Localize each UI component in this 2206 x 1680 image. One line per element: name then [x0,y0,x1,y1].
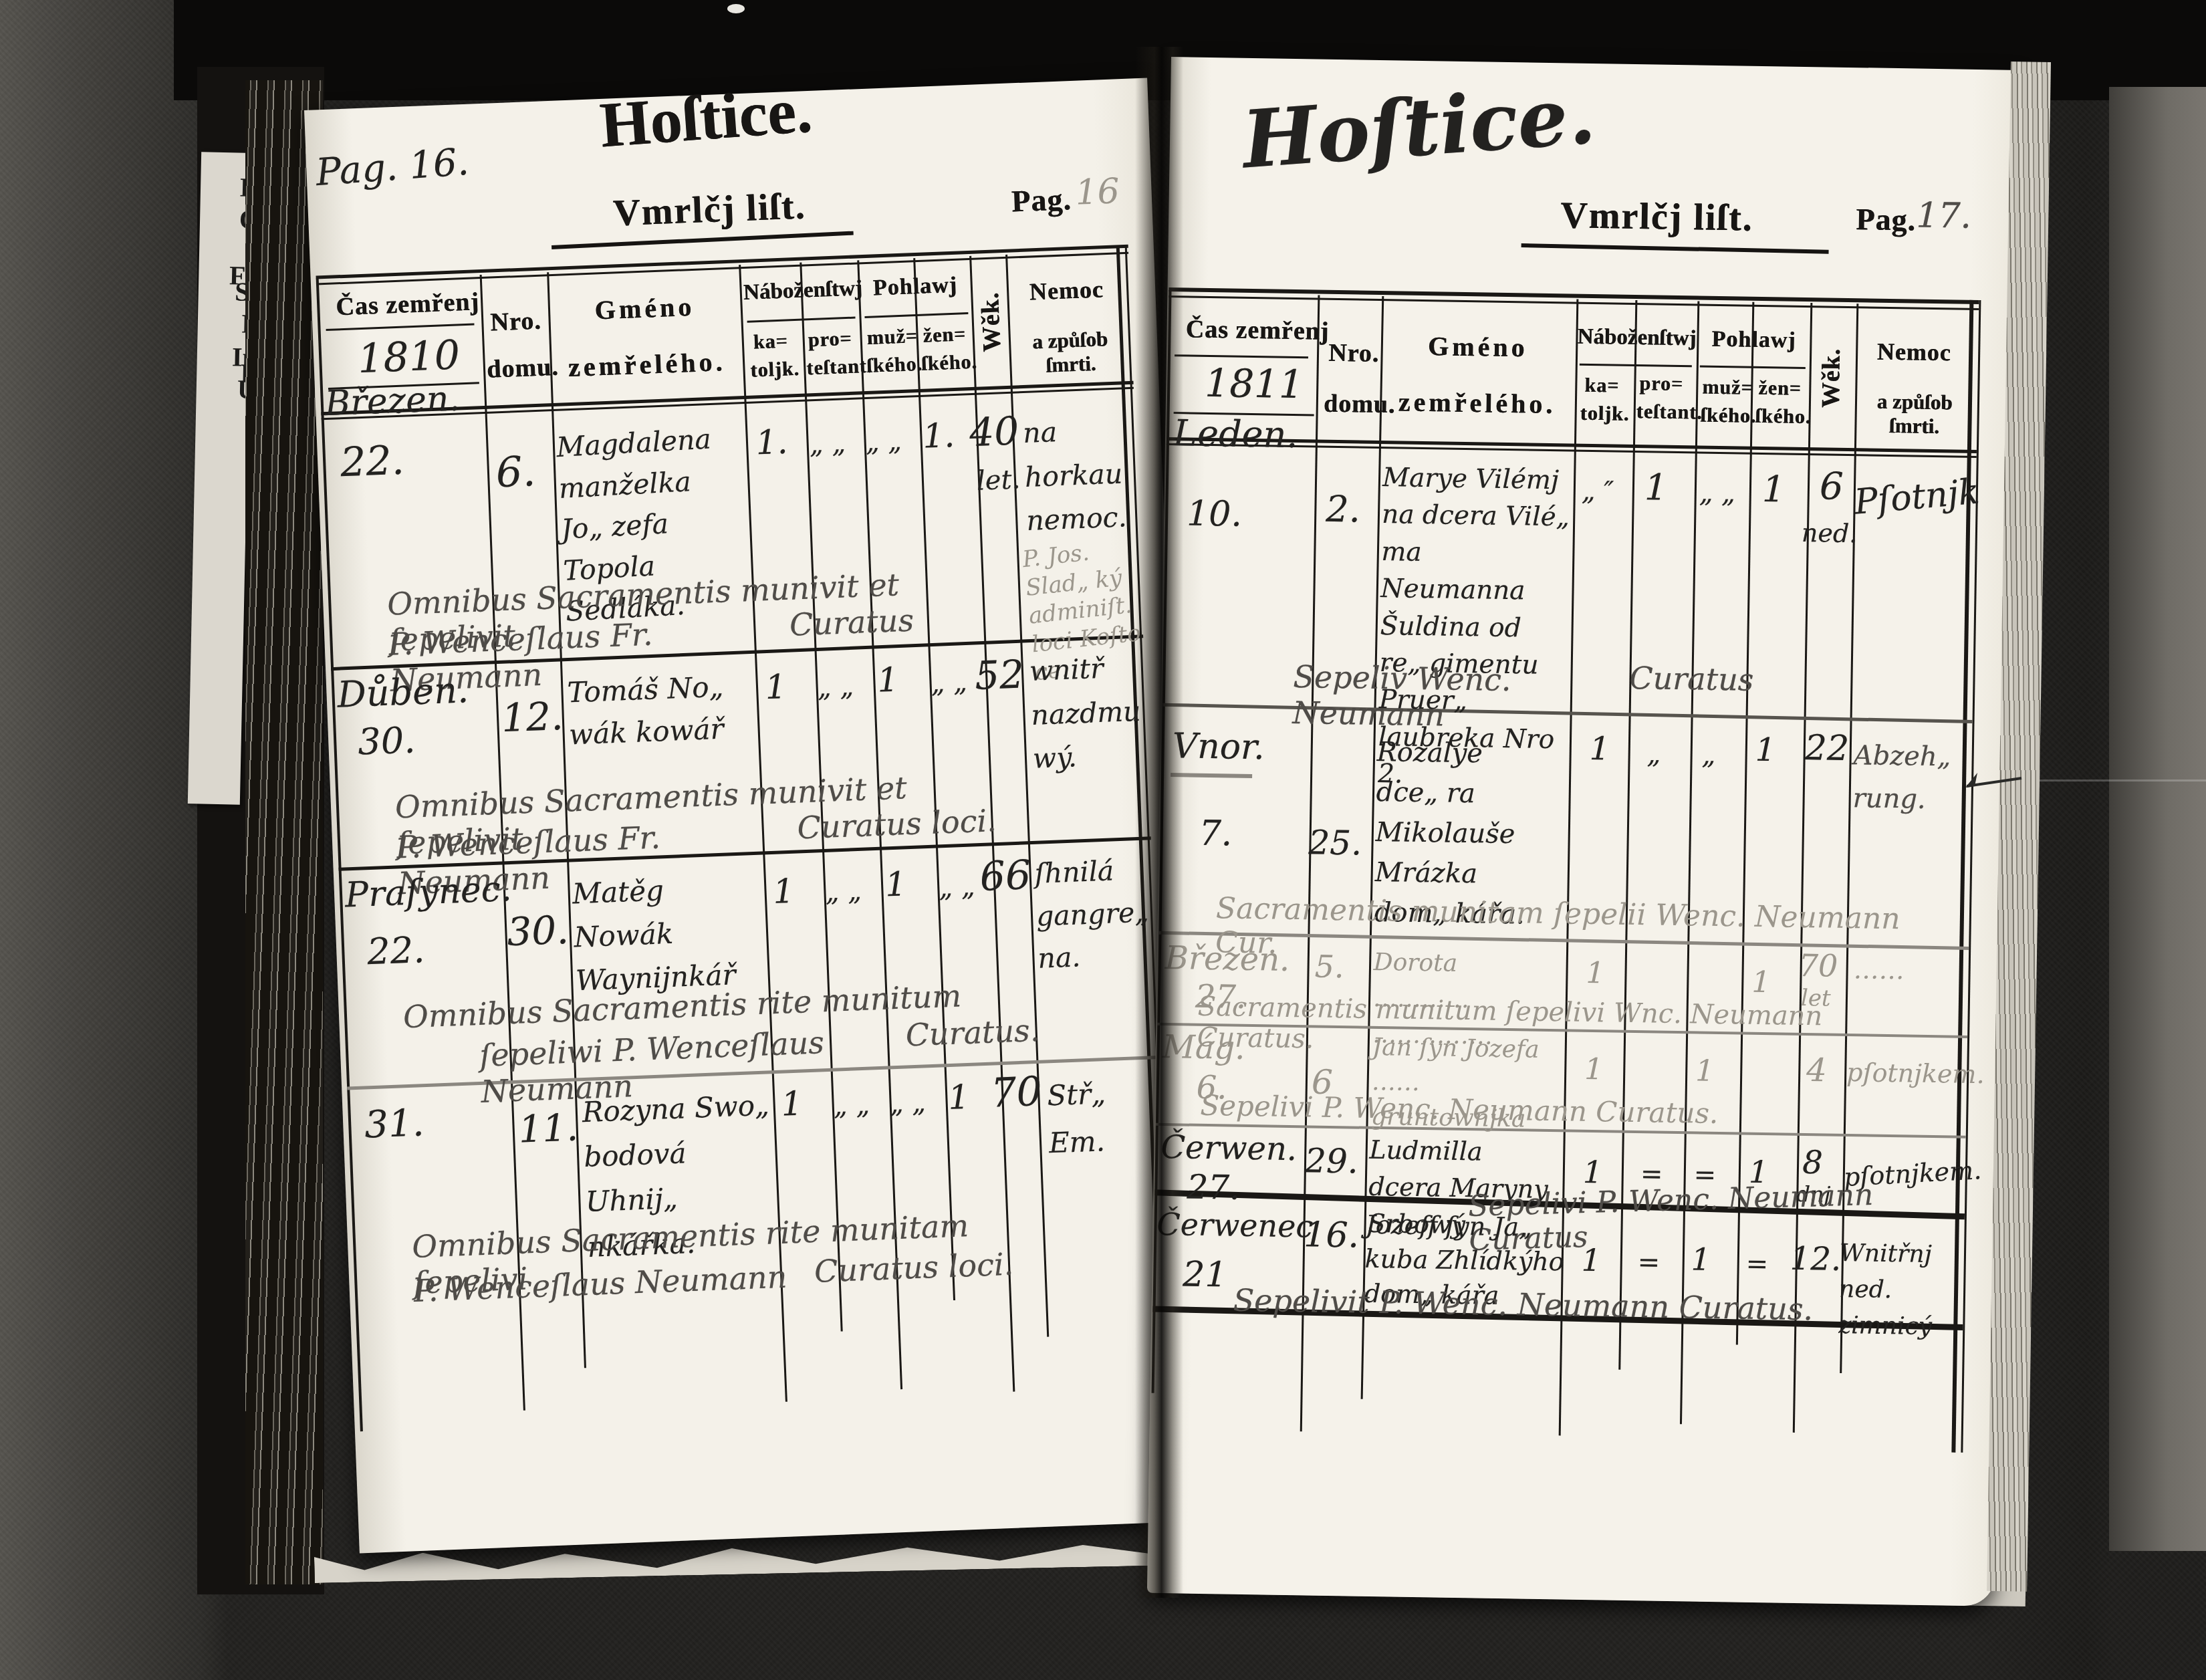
entry-illness: Abzeh„ rung. [1852,734,1967,822]
entry-age: 6 [1820,465,1844,509]
entry-date: 31. [364,1101,424,1147]
entry-illness: …… [1853,955,1905,985]
entry-female-mark: 1 [1755,731,1775,769]
entry-name: Matěg Nowák Waynijnkář [572,865,763,1003]
entry-clergy-note: Curatus [1629,660,1754,698]
entry-catholic-mark: „ ″ [1582,476,1614,507]
col-header-protestant: teſtant. [806,355,873,380]
entry-clergy-note: Curatus loci. [797,802,997,846]
entry-catholic-mark: 1 [1581,1242,1601,1278]
entry-male-mark: „ „ [865,426,902,458]
right-page-subtitle: Vmrlčj liſt. [1529,193,1784,240]
entry-illness: wnitř nazdmu wý. [1029,646,1137,782]
entry-male-mark: „ „ [1699,477,1735,509]
entry-female-mark: 1 [947,1078,970,1117]
pencil-arrow-mark [1963,763,2027,801]
col-header-illness: Nemoc [1858,337,1971,367]
col-header-catholic: ka= [753,330,788,354]
entry-female-mark: „ „ [938,871,975,903]
col-header-sex: Pohlawj [860,272,969,302]
left-page: Pag. 16. Hoſtice. Vmrlčj liſt. Pag. 16 [304,78,1203,1554]
entry-age: 40 [969,408,1019,455]
col-header-catholic: ka= [1584,374,1619,398]
entry-age: 52 [974,651,1025,699]
entry-house-number: 12. [501,693,564,741]
entry-female-mark: = [1745,1249,1768,1280]
entry-catholic-mark: 1 [765,667,787,707]
col-header-name: zemřelého. [1385,386,1570,420]
catalog-slip: K O Fa St P In P U [188,152,253,804]
left-pag-printed: Pag. [1011,181,1072,219]
entry-clergy-note: Curatus [789,602,914,643]
entry-illness: Pſotnjk [1852,471,1981,522]
col-header-sex: Pohlawj [1699,326,1809,354]
col-header-name: Gméno [552,289,737,328]
entry-date: 27. [1187,1168,1240,1207]
col-header-age: Wěk. [1816,348,1846,408]
entry-month: Praſynec. [344,869,513,916]
entry-month: Vnor. [1172,726,1265,767]
right-pag-number: 17. [1916,196,1972,237]
entry-age-unit: ned. [1802,518,1858,548]
book-gutter-shadow [1135,47,1183,1598]
entry-protestant-mark: „ „ [817,671,854,703]
entry-date: 22. [340,437,405,487]
entry-illness: ſhnilá gangre„ na. [1033,849,1148,981]
entry-date: 30. [357,719,416,763]
col-header-houseno: domu. [486,352,559,384]
col-header-female: žen= [923,323,967,347]
col-header-protestant: pro= [1639,372,1683,396]
entry-age-unit: let. [976,464,1021,496]
entry-catholic-mark: 1 [1582,1154,1602,1190]
subtitle-underline [1521,243,1829,254]
col-header-protestant: pro= [808,328,852,352]
entry-house-number: 2. [1326,488,1361,531]
table-line [1175,354,1308,358]
entry-protestant-mark: „ „ [833,1090,870,1122]
entry-illness: pſotnjkem. [1846,1058,1985,1089]
col-header-catholic: toljk. [1580,402,1629,426]
col-header-date: Čas zemřenj [1185,314,1329,346]
entry-clergy-note: Curatus. [905,1012,1041,1054]
col-header-illness: a způſob ſmrti. [1855,389,1973,439]
right-table: Čas zemřenj 1811 Leden. Nro. domu. Gméno… [1150,287,1979,1504]
entry-female-mark: 1. [922,416,955,456]
entry-age: 12. [1790,1240,1841,1278]
col-header-male: ſkého. [866,353,923,378]
entry-male-mark: „ [1701,740,1715,771]
entry-house-number: 16. [1304,1215,1360,1255]
dust-fleck [727,4,745,13]
entry-catholic-mark: 1 [1586,956,1605,990]
entry-protestant-mark: „ „ [809,428,846,460]
entry-clergy-note: Sepeliv Wenc. Neumann [1292,658,1641,736]
entry-male-mark: 1 [884,864,907,904]
left-pag-number: 16 [1074,171,1120,213]
col-header-age: Wěk. [975,291,1007,352]
month-handwritten: Leden. [1173,412,1298,456]
col-header-female: ſkého. [1755,405,1811,429]
entry-female-mark: 1 [1751,965,1771,999]
year-handwritten: 1811 [1205,360,1304,407]
entry-age: 4 [1806,1052,1827,1089]
entry-clergy-note: Sepelivit P. Wenc. Neumann Curatus. [1233,1282,1868,1328]
col-header-religion: Náboženſtwj [1577,325,1695,352]
entry-age: 66 [979,852,1031,901]
entry-age: 22 [1804,728,1849,769]
table-line [1300,295,1320,1431]
entry-female-mark: „ „ [931,667,968,699]
entry-house-number: 6. [495,447,537,497]
entry-house-number: 29. [1305,1141,1358,1181]
entry-catholic-mark: 1. [755,423,788,463]
entry-male-mark: „ „ [889,1087,927,1119]
col-header-date: Čas zemřenj [335,287,479,322]
background-right-cloth [2109,87,2206,1551]
entry-month: Důben. [336,669,469,715]
entry-catholic-mark: 1 [772,872,795,911]
left-table: Čas zemřenj 1810 Březen. Nro. domu. Gmén… [316,245,1175,1478]
entry-illness: na horkau nemoc. [1022,408,1127,543]
entry-house-number: 11. [518,1106,579,1151]
month-handwritten: Březen. [324,378,461,424]
col-header-houseno: Nro. [490,306,542,338]
entry-house-number: 30. [506,907,570,955]
entry-date: 10. [1187,493,1243,534]
col-header-male: ſkého. [1700,404,1756,428]
entry-male-mark: 1 [1695,1054,1715,1088]
right-page-title-handwritten: Hoſtice. [1239,68,1598,186]
scanned-register-photo: K O Fa St P In P U Pag. 16. Hoſtice. Vmr… [0,0,2206,1680]
col-header-illness: Nemoc [1009,274,1123,306]
entry-catholic-mark: 1 [1584,1052,1604,1086]
col-header-illness: a způſob ſmrti. [1011,326,1130,379]
entry-catholic-mark: 1 [1589,730,1610,767]
col-header-houseno: Nro. [1328,338,1380,368]
col-header-religion: Náboženſtwj [743,276,857,305]
col-header-male: muž= [1702,376,1753,400]
entry-catholic-mark: 1 [780,1084,803,1124]
entry-date: 7. [1199,814,1233,854]
table-line [326,323,475,331]
col-header-protestant: teſtant. [1636,400,1702,425]
entry-protestant-mark: 1 [1644,466,1667,509]
entry-illness: Wnitřnj ned. zimnicý [1838,1235,1961,1346]
entry-age: 70 [1798,947,1838,984]
entry-month: Březen. [1165,939,1290,979]
entry-protestant-mark: „ [1646,739,1661,769]
col-header-female: ſkého. [921,351,978,376]
left-page-title: Hoſtice. [590,72,822,163]
entry-house-number: 25. [1308,823,1362,862]
col-header-male: muž= [866,325,918,350]
right-page: Hoſtice. Vmrlčj liſt. Pag. 17. [1147,57,2019,1606]
entry-protestant-mark: „ „ [825,876,862,908]
entry-house-number: 5. [1314,949,1344,985]
entry-female-mark: 1 [1761,468,1785,511]
entry-age: 8 [1802,1144,1823,1181]
entry-date: 21 [1183,1255,1227,1296]
left-page-subtitle: Vmrlčj liſt. [588,184,830,236]
col-header-female: žen= [1758,377,1802,400]
right-pag-printed: Pag. [1856,201,1916,237]
entry-protestant-mark: = [1637,1247,1660,1278]
entry-clergy-note: Curatus loci. [814,1246,1014,1290]
entry-name: Tomáš No„ wák kowář [567,665,744,756]
entry-date: 22. [366,929,425,973]
year-handwritten: 1810 [357,332,461,382]
entry-male-mark: 1 [1691,1241,1711,1277]
entry-age: 70 [990,1068,1043,1117]
col-header-name: Gméno [1386,330,1570,364]
book-left-page-stack: K O Fa St P In P U [197,67,324,1594]
left-page-number-handwritten: Pag. 16. [314,140,470,195]
col-header-name: zemřelého. [554,345,739,384]
col-header-catholic: toljk. [750,358,800,382]
entry-male-mark: 1 [876,661,899,700]
